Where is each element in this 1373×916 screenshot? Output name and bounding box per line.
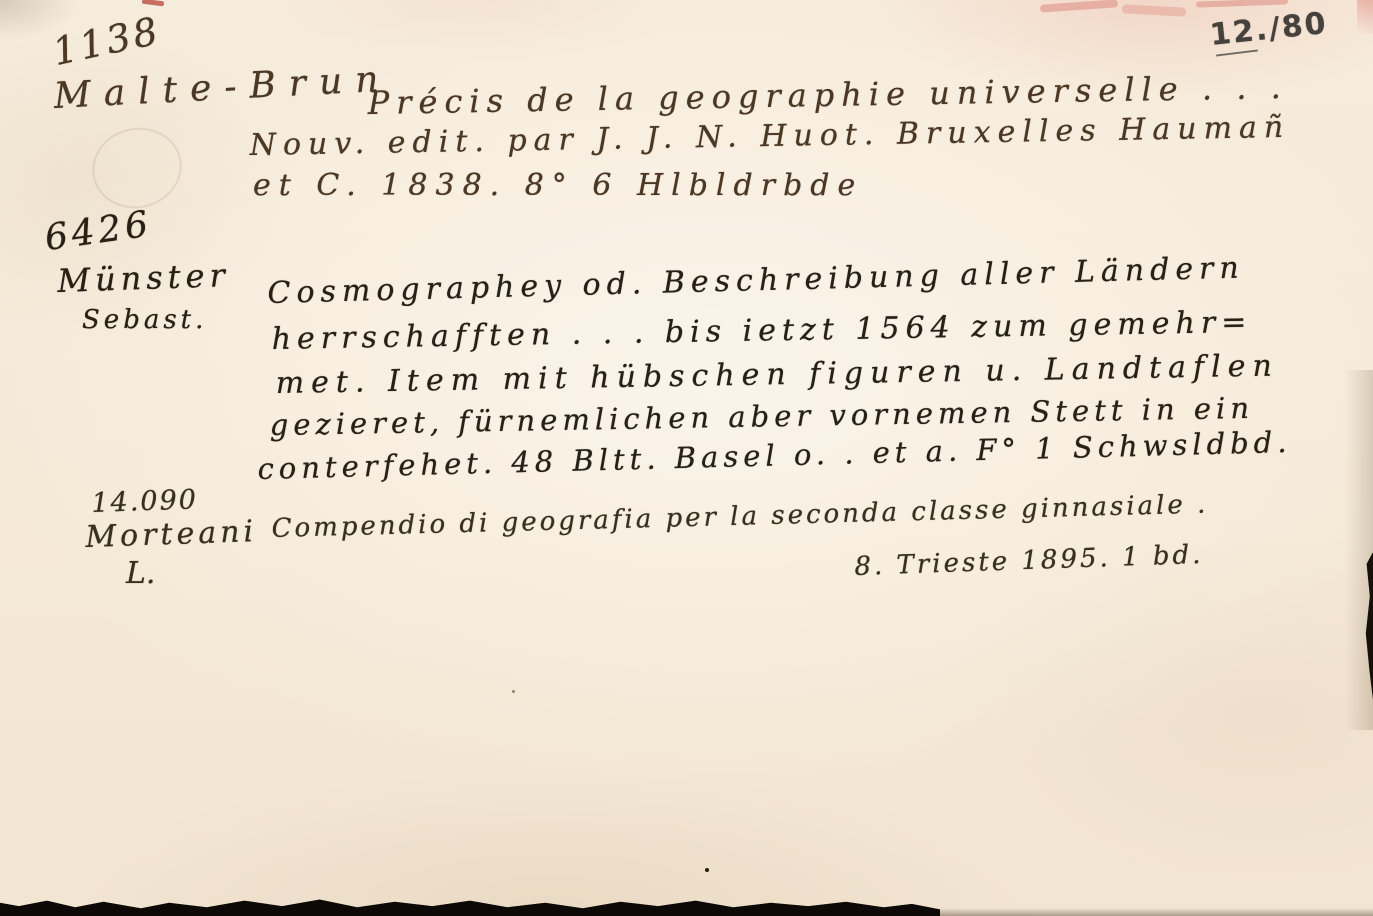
entry2-shelfmark: 6426 xyxy=(42,203,154,259)
pink-corner-smudge xyxy=(1357,0,1373,34)
pink-smudge xyxy=(1040,0,1118,13)
pencil-archive-number: 12./80 xyxy=(1208,6,1329,53)
entry1-imprint-line: et C. 1838. 8° 6 Hlbldrbde xyxy=(253,168,863,203)
catalog-card: 12./80 1138 Malte-Brun Précis de la geog… xyxy=(0,0,1373,916)
entry3-author: Morteani xyxy=(85,514,258,555)
pink-smudge xyxy=(1122,4,1186,16)
ring-stain xyxy=(84,118,191,217)
entry1-author: Malte-Brun xyxy=(53,58,392,117)
torn-bottom-edge xyxy=(0,894,940,916)
pink-smudge xyxy=(1196,0,1288,8)
ink-speck xyxy=(705,868,709,872)
entry3-author-forename: L. xyxy=(126,556,155,591)
entry3-title-line: Compendio di geografia per la seconda cl… xyxy=(271,489,1208,544)
entry2-title-line: herrschafften . . . bis ietzt 1564 zum g… xyxy=(271,305,1252,357)
red-ink-mark xyxy=(142,0,164,6)
entry2-title-line: Cosmographey od. Beschreibung aller Länd… xyxy=(267,250,1245,311)
entry3-shelfmark: 14.090 xyxy=(91,484,199,519)
ink-speck xyxy=(512,690,515,693)
right-edge-shadow xyxy=(1345,370,1373,730)
entry3-imprint-line: 8. Trieste 1895. 1 bd. xyxy=(854,540,1204,582)
entry2-author: Münster xyxy=(57,256,231,300)
entry2-author-forename: Sebast. xyxy=(82,305,207,335)
